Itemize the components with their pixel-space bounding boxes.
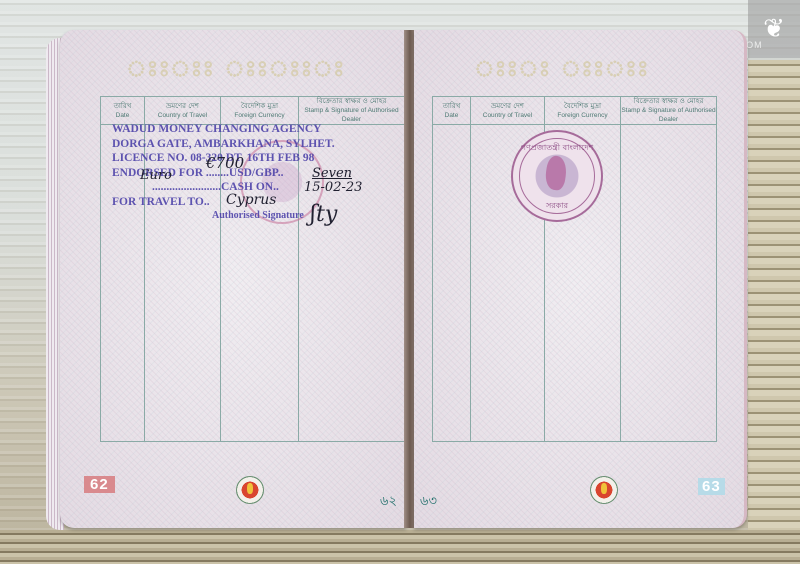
seal-top-text: গণপ্রজাতন্ত্রী বাংলাদেশ: [513, 142, 601, 155]
header-date: তারিখDate: [433, 97, 471, 125]
left-page: ঃঃঃঃ ঃঃঃঃঃ তারিখDate ভ্রমণের দেশCountry …: [60, 30, 406, 528]
handwritten-date: 15-02-23: [304, 180, 362, 195]
handwritten-amount-words: Seven: [312, 166, 352, 181]
header-country: ভ্রমণের দেশCountry of Travel: [471, 97, 545, 125]
bangladesh-emblem-icon: [590, 476, 618, 504]
dealer-signature: ʃty: [310, 202, 337, 227]
passport-book: ঃঃঃঃ ঃঃঃঃঃ তারিখDate ভ্রমণের দেশCountry …: [46, 30, 756, 535]
page-number-63: 63: [698, 478, 725, 495]
page-number-62: 62: [84, 476, 115, 493]
header-stamp: বিক্রেতার স্বাক্ষর ও মোহরStamp & Signatu…: [621, 97, 717, 125]
laurel-wreath-icon: ❦: [763, 13, 785, 43]
stamp-line: FOR TRAVEL TO..: [112, 195, 335, 210]
stamp-line: WADUD MONEY CHANGING AGENCY: [112, 122, 335, 137]
microprint-title: ঃঃঃ ঃঃঃঃ: [474, 52, 653, 89]
stamp-signature-label: Authorised Signature: [112, 209, 335, 224]
stamp-line: DORGA GATE, AMBARKHANA, SYLHET.: [112, 137, 335, 152]
right-page: ঃঃঃ ঃঃঃঃ তারিখDate ভ্রমণের দেশCountry of…: [414, 30, 747, 528]
header-stamp: বিক্রেতার স্বাক্ষর ও মোহরStamp & Signatu…: [299, 97, 405, 125]
bangladesh-emblem-icon: [236, 476, 264, 504]
microprint-title: ঃঃঃঃ ঃঃঃঃঃ: [126, 52, 349, 89]
seal-bottom-text: সরকার: [513, 200, 601, 213]
handwritten-destination: Cyprus: [226, 192, 276, 208]
wood-surface-bottom: [0, 530, 800, 564]
government-seal: গণপ্রজাতন্ত্রী বাংলাদেশ সরকার: [511, 130, 603, 222]
header-currency: বৈদেশিক মুদ্রাForeign Currency: [221, 97, 299, 125]
header-date: তারিখDate: [101, 97, 145, 125]
handwritten-currency: Euro: [140, 168, 172, 183]
page-number-bengali-left: ৬২: [380, 492, 397, 513]
header-country: ভ্রমণের দেশCountry of Travel: [145, 97, 221, 125]
header-currency: বৈদেশিক মুদ্রাForeign Currency: [545, 97, 621, 125]
handwritten-amount: €700: [206, 154, 244, 172]
page-number-bengali-right: ৬৩: [420, 492, 437, 513]
